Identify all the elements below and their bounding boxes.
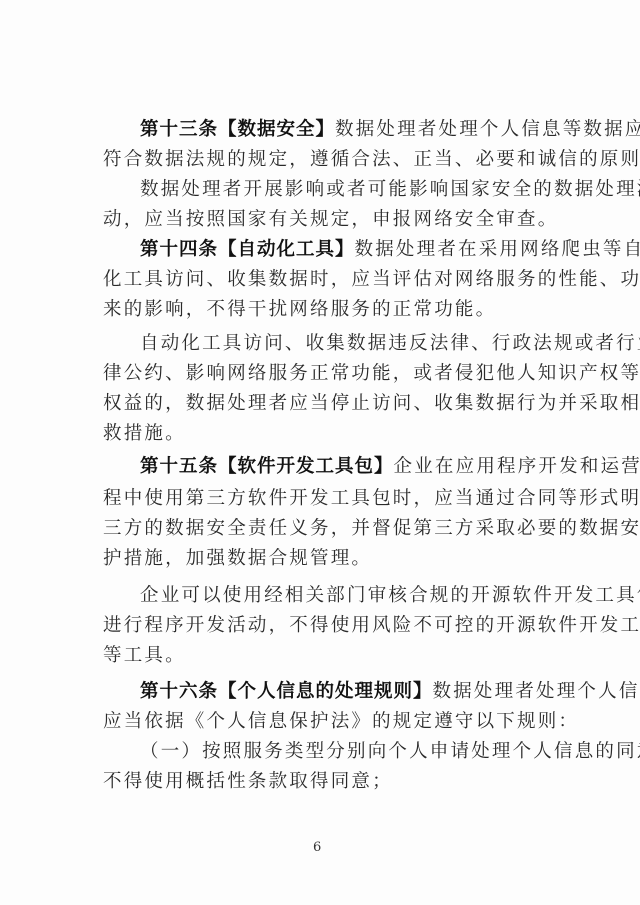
article-number: 第十六条 bbox=[140, 681, 218, 702]
article-text-line: 程中使用第三方软件开发工具包时，应当通过合同等形式明确第 bbox=[103, 487, 561, 511]
paragraph-line: （一）按照服务类型分别向个人申请处理个人信息的同意， bbox=[140, 740, 561, 764]
paragraph-line: 自动化工具访问、收集数据违反法律、行政法规或者行业自 bbox=[140, 332, 561, 356]
article-title: 【数据安全】 bbox=[218, 119, 335, 140]
paragraph-line: 救措施。 bbox=[103, 422, 561, 446]
article-text: 数据处理者处理个人信息， bbox=[433, 681, 640, 702]
paragraph-line: 进行程序开发活动，不得使用风险不可控的开源软件开发工具包 bbox=[103, 614, 561, 638]
document-page: 第十三条【数据安全】数据处理者处理个人信息等数据应当 符合数据法规的规定，遵循合… bbox=[0, 0, 640, 905]
article-text-line: 护措施，加强数据合规管理。 bbox=[103, 547, 561, 571]
article-text: 数据处理者处理个人信息等数据应当 bbox=[335, 119, 640, 140]
article-13-heading-line: 第十三条【数据安全】数据处理者处理个人信息等数据应当 bbox=[140, 118, 561, 142]
article-title: 【自动化工具】 bbox=[218, 239, 355, 260]
paragraph-line: 不得使用概括性条款取得同意； bbox=[103, 770, 561, 794]
article-text-line: 符合数据法规的规定，遵循合法、正当、必要和诚信的原则。 bbox=[103, 148, 561, 172]
article-text: 数据处理者在采用网络爬虫等自动 bbox=[355, 239, 640, 260]
article-number: 第十三条 bbox=[140, 119, 218, 140]
paragraph-line: 动，应当按照国家有关规定，申报网络安全审查。 bbox=[103, 208, 561, 232]
article-text: 企业在应用程序开发和运营过 bbox=[394, 456, 640, 477]
article-number: 第十五条 bbox=[140, 456, 218, 477]
article-number: 第十四条 bbox=[140, 239, 218, 260]
article-title: 【软件开发工具包】 bbox=[218, 456, 394, 477]
paragraph-line: 数据处理者开展影响或者可能影响国家安全的数据处理活 bbox=[140, 178, 561, 202]
article-text-line: 化工具访问、收集数据时，应当评估对网络服务的性能、功能带 bbox=[103, 268, 561, 292]
page-number: 6 bbox=[313, 840, 321, 855]
paragraph-line: 权益的，数据处理者应当停止访问、收集数据行为并采取相应补 bbox=[103, 392, 561, 416]
paragraph-line: 企业可以使用经相关部门审核合规的开源软件开发工具包 bbox=[140, 584, 561, 608]
article-title: 【个人信息的处理规则】 bbox=[218, 681, 433, 702]
article-15-heading-line: 第十五条【软件开发工具包】企业在应用程序开发和运营过 bbox=[140, 455, 561, 479]
article-text-line: 应当依据《个人信息保护法》的规定遵守以下规则： bbox=[103, 710, 561, 734]
paragraph-line: 律公约、影响网络服务正常功能，或者侵犯他人知识产权等合法 bbox=[103, 362, 561, 386]
article-text-line: 来的影响，不得干扰网络服务的正常功能。 bbox=[103, 298, 561, 322]
article-16-heading-line: 第十六条【个人信息的处理规则】数据处理者处理个人信息， bbox=[140, 680, 561, 704]
article-text-line: 三方的数据安全责任义务，并督促第三方采取必要的数据安全保 bbox=[103, 517, 561, 541]
paragraph-line: 等工具。 bbox=[103, 644, 561, 668]
article-14-heading-line: 第十四条【自动化工具】数据处理者在采用网络爬虫等自动 bbox=[140, 238, 561, 262]
